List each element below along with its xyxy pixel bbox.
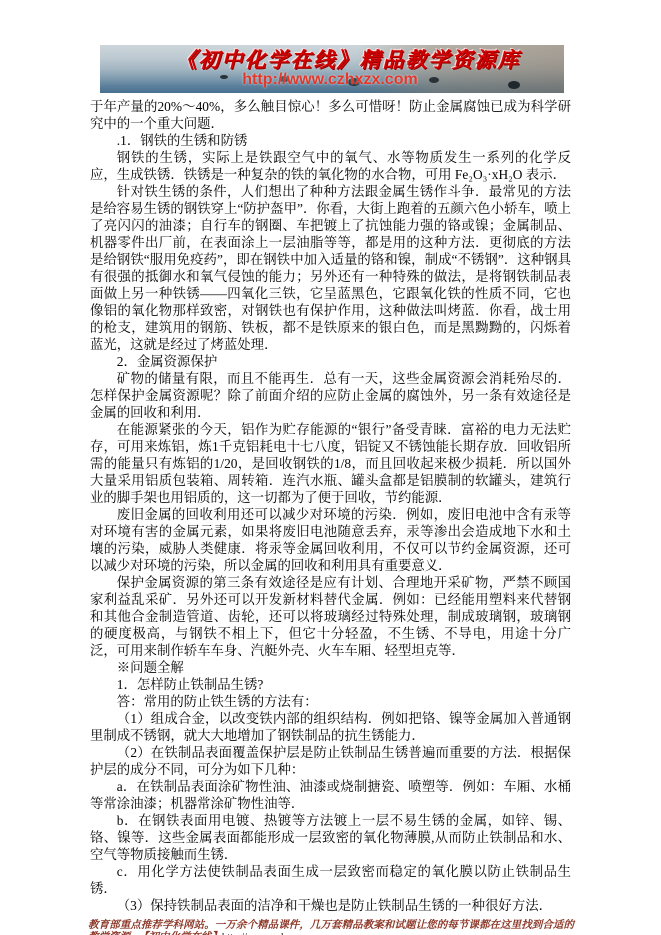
paragraph: （3）保持铁制品表面的洁净和干燥也是防止铁制品生锈的一种很好方法．: [90, 897, 571, 914]
paragraph: 答：常用的防止铁生锈的方法有：: [90, 693, 571, 710]
site-banner: 《初中化学在线》精品教学资源库 http://www.czhxzx.com: [100, 45, 564, 93]
paragraph: 1．怎样防止铁制品生锈?: [90, 676, 571, 693]
paragraph: c．用化学方法使铁制品表面生成一层致密而稳定的氧化膜以防止铁制品生锈．: [90, 863, 571, 897]
paragraph: 2．金属资源保护: [90, 353, 571, 370]
paragraph: ※问题全解: [90, 659, 571, 676]
paragraph: 废旧金属的回收利用还可以减少对环境的污染．例如，废旧电池中含有汞等对环境有害的金…: [90, 506, 571, 574]
footer-promo-text: 教育部重点推荐学科网站。一万余个精品课件，几万套精品教案和试题让您的每节课都在这…: [88, 920, 574, 935]
paragraph: 保护金属资源的第三条有效途径是应有计划、合理地开采矿物，严禁不顾国家利益乱采矿．…: [90, 574, 571, 659]
paragraph: 于年产量的20%～40%，多么触目惊心！多么可惜呀！防止金属腐蚀已成为科学研究中…: [90, 98, 571, 132]
page-column: 《初中化学在线》精品教学资源库 http://www.czhxzx.com 于年…: [90, 0, 571, 935]
footer-site-url[interactable]: http://www.czhxzx.com: [222, 932, 322, 935]
document-page: { "banner": { "title": "《初中化学在线》精品教学资源库"…: [0, 0, 661, 935]
banner-site-title: 《初中化学在线》精品教学资源库: [148, 48, 548, 72]
paragraph: b．在钢铁表面用电镀、热镀等方法镀上一层不易生锈的金属，如锌、锡、铬、镍等．这些…: [90, 812, 571, 863]
paragraph: .1．钢铁的生锈和防锈: [90, 132, 571, 149]
paragraph: 针对铁生锈的条件，人们想出了种种方法跟金属生锈作斗争．最常见的方法是给容易生锈的…: [90, 183, 571, 353]
paragraph: （2）在铁制品表面覆盖保护层是防止铁制品生锈普遍而重要的方法．根据保护层的成分不…: [90, 744, 571, 778]
banner-site-url[interactable]: http://www.czhxzx.com: [130, 71, 530, 89]
paragraph: 矿物的储量有限，而且不能再生．总有一天，这些金属资源会消耗殆尽的．怎样保护金属资…: [90, 370, 571, 421]
document-body: 于年产量的20%～40%，多么触目惊心！多么可惜呀！防止金属腐蚀已成为科学研究中…: [90, 98, 571, 914]
paragraph: a．在铁制品表面涂矿物性油、油漆或烧制搪瓷、喷塑等．例如：车厢、水桶等常涂油漆；…: [90, 778, 571, 812]
page-footer: 教育部重点推荐学科网站。一万余个精品课件，几万套精品教案和试题让您的每节课都在这…: [88, 920, 574, 935]
paragraph: （1）组成合金，以改变铁内部的组织结构．例如把铬、镍等金属加入普通钢里制成不锈钢…: [90, 710, 571, 744]
paragraph: 钢铁的生锈，实际上是铁跟空气中的氧气、水等物质发生一系列的化学反应，生成铁锈．铁…: [90, 149, 571, 183]
paragraph: 在能源紧张的今天，铝作为贮存能源的“银行”备受青睐．富裕的电力无法贮存，可用来炼…: [90, 421, 571, 506]
